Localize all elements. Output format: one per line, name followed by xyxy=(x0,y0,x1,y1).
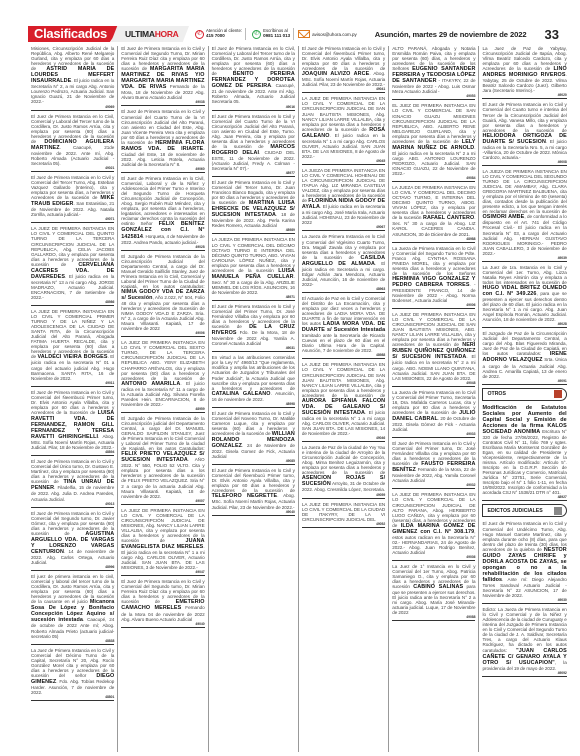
notice-code: 49047 xyxy=(121,570,204,574)
notice-code: 49071 xyxy=(31,217,114,221)
notice-code: 49028 xyxy=(482,322,566,326)
page-number: 33 xyxy=(545,27,559,42)
legal-notice: Misiones, Circunscripción Judicial de la… xyxy=(31,46,114,111)
legal-notice: LA JUEZ DE PRIMERA INSTANCIA EN LO CIVIL… xyxy=(302,362,385,442)
legal-notice: El juez de primera instancia en lo civil… xyxy=(31,574,114,645)
page-header: Clasificados ULTIMAHORA ✆ Atención al cl… xyxy=(28,26,563,42)
notice-text: LA JUEZ DE PRIMERA INSTANCIA EN LO CIVIL… xyxy=(31,226,114,266)
legal-notice: El Juez de Primera Instancia en lo Civil… xyxy=(212,411,295,465)
envelope-icon xyxy=(298,30,310,38)
notice-code: 49006 xyxy=(392,303,475,307)
legal-notice: El Juez de Primera Instancia en lo Civil… xyxy=(302,46,385,93)
notice-code: 49091 xyxy=(482,379,566,383)
legal-notice: El Juez de Primera Instancia en lo Civil… xyxy=(212,304,295,352)
notice-text: El Juzgado de Primera Instancia de la Ci… xyxy=(121,254,204,289)
legal-notice: EL JUEZ DE PRIMERA INSTANCIA EN LO CIVIL… xyxy=(392,103,475,182)
notice-text-end: tramitado ante la Secretaría de Ricardo … xyxy=(302,333,385,353)
notice-code: 48988 xyxy=(302,353,385,357)
notice-code: 49032 xyxy=(392,483,475,487)
column-1: Misiones, Circunscripción Judicial de la… xyxy=(28,46,118,752)
legal-notice: LA JUEZ DE PRIMERA INSTANCIA EN LO CIVIL… xyxy=(31,309,114,387)
legal-notice: LA JUEZ DE PRIMERA INSTANCIA EN LO CIVIL… xyxy=(302,502,385,528)
email-address: avisos@uhora.com.py xyxy=(312,32,357,37)
legal-notice: LA JUEZ DE PRIMERA INSTANCIA EN LO CIVIL… xyxy=(121,340,204,413)
notice-code: 49040 xyxy=(212,510,295,514)
section-header-edictos: EDICTOS JUDICIALES xyxy=(482,504,566,517)
legal-notice: El Juez de Primera Instancia en lo Civil… xyxy=(31,114,114,172)
column-6: La Juez de Paz de Yabytay, Circunscripci… xyxy=(479,46,569,752)
legal-notice: El Juez de Primera Instancia en lo Civil… xyxy=(121,176,204,251)
legal-notice: La Juez de Paz de Yabytay, Circunscripci… xyxy=(482,46,566,99)
email-contact: avisos@uhora.com.py xyxy=(298,30,357,38)
legal-notice: En virtud a las atribuciones contenidas … xyxy=(212,355,295,407)
legal-notice: La Jueza de Primera Instancia en lo Civi… xyxy=(392,246,475,310)
notice-code: 48894 xyxy=(31,450,114,454)
notice-code: 48963 xyxy=(302,287,385,291)
whatsapp-icon: ✆ xyxy=(252,30,261,39)
notice-text: El Juez de Primera Instancia en lo Civil… xyxy=(482,102,566,132)
notice-code: 49030 xyxy=(482,598,566,602)
notice-code: 49013 xyxy=(31,502,114,506)
notice-text: La Juez de 1ra. Instancia en lo Civil y … xyxy=(482,265,566,285)
notice-text: EL JUEZ DE PRIMERA INSTANCIA EN LO CIVIL… xyxy=(392,103,475,143)
notice-code: 49006 xyxy=(121,331,204,335)
legal-notice: El Actuario de Paz en lo Civil y Comerci… xyxy=(302,296,385,360)
legal-notice: LA JUEZA DE PRIMERA INSTANCIA EN LO CIVI… xyxy=(302,168,385,232)
notice-code: 48989 xyxy=(212,228,295,232)
legal-notice: El Juzgado de Primera Instancia de la Ci… xyxy=(121,254,204,338)
legal-notice: El Juez de Primera Instancia en lo Civil… xyxy=(212,114,295,178)
notice-code: 49038 xyxy=(121,100,204,104)
notice-text: La Jueza de Primera Instancia en lo Civi… xyxy=(392,246,475,276)
notice-text-end: , Año 2.022, N° 504, Folio 48 cita y emp… xyxy=(121,295,204,331)
newspaper-logo: ULTIMAHORA xyxy=(111,26,189,42)
notice-code: 49031 xyxy=(212,346,295,350)
notice-code: 48801 xyxy=(31,695,114,699)
notices-columns: Misiones, Circunscripción Judicial de la… xyxy=(28,46,570,752)
notice-code: 49036 xyxy=(392,555,475,559)
legal-notice: La Jueza de Primera Instancia en lo Civi… xyxy=(302,234,385,292)
notice-text: El Juez de Primera Instancia en lo Civil… xyxy=(121,176,204,226)
legal-notice: Modificación de Estatutos Sociales por A… xyxy=(482,405,566,502)
notice-code: 48838 xyxy=(31,639,114,643)
legal-notice: LA JUEZA DE PRIMERA INSTANCIA EN LO CIVI… xyxy=(392,185,475,242)
legal-notice: ALTO PARANÁ, Abogada y Notaria Ensmilda … xyxy=(392,46,475,100)
notice-text: LA JUEZ DE PRIMERA INSTANCIA EN LO CIVIL… xyxy=(302,502,385,522)
legal-notice: El Juez de Primera Instancia en lo Civil… xyxy=(482,102,566,166)
notice-text: LA JUEZ DE PRIMERA INSTANCIA EN LO CIVIL… xyxy=(121,340,204,380)
section-header-otros: OTROS xyxy=(482,388,566,401)
legal-notice: LA JUEZ DE PRIMERA INSTANCIA EN LO CIVIL… xyxy=(392,312,475,387)
notice-text-end: . AÑO 2022. N° 550, FOLIO 52 VLTO. Cita … xyxy=(121,457,204,498)
legal-notice: LA JUEZ DE PRIMERA INSTANCIA EN LO CIVIL… xyxy=(121,508,204,577)
legal-notice: La Jueza de Paz de la ciudad de Yvy Yau … xyxy=(302,445,385,498)
notice-code: 49016 xyxy=(212,105,295,109)
notice-code: 49020 xyxy=(482,93,566,97)
legal-notice: LA JUEZA DE PRIMERA INSTANCIA EN LO CIVI… xyxy=(212,237,295,301)
column-2: El Juez de Primera Instancia en lo Civil… xyxy=(118,46,208,752)
notice-code: 48927 xyxy=(482,495,566,499)
notice-code: 49028 xyxy=(121,245,204,249)
legal-notice: El Juez de Primera Instancia en lo Civil… xyxy=(482,521,566,604)
notice-code: 49033 xyxy=(392,432,475,436)
notice-text: LA JUEZA DE PRIMERA INSTANCIA EN LO CIVI… xyxy=(482,169,566,214)
notice-code: 49021 xyxy=(31,166,114,170)
gavel-icon xyxy=(554,507,562,515)
issue-date: Asunción, martes 29 de noviembre de 2022 xyxy=(375,30,527,39)
notice-code: 48998 xyxy=(212,402,295,406)
whatsapp-contact: ✆ Escríbinos al0981 111 013 xyxy=(252,28,294,40)
column-4: El Juez de Primera Instancia en lo Civil… xyxy=(299,46,389,752)
legal-notice: El Juez de Primera Instancia en lo Civil… xyxy=(31,459,114,507)
decedent-name: ILDA MARINA GOMEZ DE GIMENEZ con C.I. N°… xyxy=(392,523,475,535)
notice-text: El Juzgado de Primera Instancia de la Ci… xyxy=(121,416,204,451)
notice-code: 49067 xyxy=(302,225,385,229)
tag-icon xyxy=(554,390,562,398)
notice-code: 49007 xyxy=(121,499,204,503)
notice-text: El Juez de Primera Instancia en lo Civil… xyxy=(212,468,295,493)
notice-code: 49060 xyxy=(121,167,204,171)
logo-ultima: ULTIMA xyxy=(125,29,155,39)
legal-notice: El Juez de Primera Instancia en lo Civil… xyxy=(212,468,295,515)
legal-notice: El Juez de Primera Instancia en lo Civil… xyxy=(121,579,204,627)
phone-icon: ✆ xyxy=(195,30,204,39)
notice-code: 49085 xyxy=(212,459,295,463)
contact-phone: 415 7000 xyxy=(206,34,242,39)
notice-code: 49041 xyxy=(302,87,385,91)
notice-code: 48988 xyxy=(392,237,475,241)
notice-code: 48986 xyxy=(31,300,114,304)
legal-notice: La Jueza de Primera Instancia en lo Civi… xyxy=(392,390,475,438)
notice-code: 48996 xyxy=(31,565,114,569)
legal-notice: El Juzgado de Primera Instancia de la Ci… xyxy=(121,416,204,505)
customer-service: ✆ Atención al cliente:415 7000 xyxy=(195,28,246,40)
notice-code: 49059 xyxy=(302,493,385,497)
notice-code: 48977 xyxy=(212,171,295,175)
section-title: Clasificados xyxy=(28,26,121,42)
legal-notice: LA JUEZ DE PRIMERA INSTANCIA EN LO CIVIL… xyxy=(31,226,114,306)
column-3: El Juez de Primera Instancia en lo Civil… xyxy=(209,46,299,752)
legal-notice: El Juez de Primera Instancia en lo Civil… xyxy=(212,180,295,234)
notice-code: 49045 xyxy=(302,159,385,163)
notice-code: 49088 xyxy=(392,615,475,619)
legal-notice: El Juez de Primera Instancia en lo Civil… xyxy=(31,390,114,457)
legal-notice: El Juez de Primera Instancia en lo Civil… xyxy=(121,46,204,106)
notice-code: 49011 xyxy=(31,381,114,385)
legal-notice: LA JUEZA DE PRIMERA INSTANCIA EN LO CIVI… xyxy=(482,169,566,262)
legal-notice: Edicto: La Jueza de Primera Instancia en… xyxy=(482,607,566,677)
legal-notice: El Juez de Primera Instancia en lo Civil… xyxy=(31,175,114,223)
notice-code: 49008 xyxy=(482,160,566,164)
legal-notice: LA JUEZ DE PRIMERA INSTANCIA EN LO CIVIL… xyxy=(302,96,385,165)
legal-notice: El Juez de Primera Instancia en lo Civil… xyxy=(212,46,295,111)
logo-hora: HORA xyxy=(155,29,179,39)
whatsapp-number: 0981 111 013 xyxy=(263,34,290,39)
notice-text-end: , de conformidad a lo dispuesto en el Ar… xyxy=(482,214,566,255)
legal-notice: El Juez de Primera Instancia en lo Civil… xyxy=(121,109,204,173)
notice-code: 49052 xyxy=(302,522,385,526)
legal-notice: La Juez de 1ra. Instancia en lo Civil y … xyxy=(482,265,566,329)
section-title: OTROS xyxy=(487,391,505,397)
notice-code: 48959 xyxy=(121,407,204,411)
column-5: ALTO PARANÁ, Abogada y Notaria Ensmilda … xyxy=(389,46,479,752)
legal-notice: La Juez de 1° Instancia en lo Civil y Co… xyxy=(392,564,475,621)
legal-notice: LA JUEZ DE PRIMERA INSTANCIA EN LO CIVIL… xyxy=(392,492,475,561)
notice-code: 49046 xyxy=(302,436,385,440)
notice-code: 49084 xyxy=(392,176,475,180)
notice-text: LA JUEZ DE PRIMERA INSTANCIA EN LO CIVIL… xyxy=(302,362,385,397)
notice-text: Edicto: La Jueza de Primera Instancia en… xyxy=(482,607,566,652)
legal-notice: La Juez de Primera Instancia en lo Civil… xyxy=(31,648,114,701)
decedent-name: HERMINIA VIGO GONZALEZ Y PEDRO CABRERA T… xyxy=(392,276,475,288)
notice-code: 49092 xyxy=(482,671,566,675)
notice-text-end: Escritura N° 320 de fecha 27/06/2022, Re… xyxy=(482,429,566,496)
notice-text: LA JUEZ DE PRIMERA INSTANCIA EN LO CIVIL… xyxy=(31,309,114,359)
legal-notice: El Juzgado de Paz de la Circunscripción … xyxy=(482,331,566,384)
legal-notice: El Juez de Primera Instancia en lo Civil… xyxy=(31,511,114,571)
notice-text: El Juez de Primera Instancia en lo Civil… xyxy=(302,46,385,71)
notice-text: La Jueza de Paz de la ciudad de Yvy Yau … xyxy=(302,445,385,475)
notice-code: 49039 xyxy=(482,256,566,260)
notice-text: En virtud a las atribuciones contenidas … xyxy=(212,355,295,390)
notice-code: 49040 xyxy=(121,622,204,626)
legal-notice: El Juez de Primera Instancia en lo Civil… xyxy=(392,441,475,489)
section-title: EDICTOS JUDICIALES xyxy=(487,508,542,514)
notice-code: 49048 xyxy=(392,381,475,385)
notice-code: 48971 xyxy=(212,295,295,299)
notice-code: 49053 xyxy=(392,94,475,98)
notice-code: 49069 xyxy=(31,105,114,109)
